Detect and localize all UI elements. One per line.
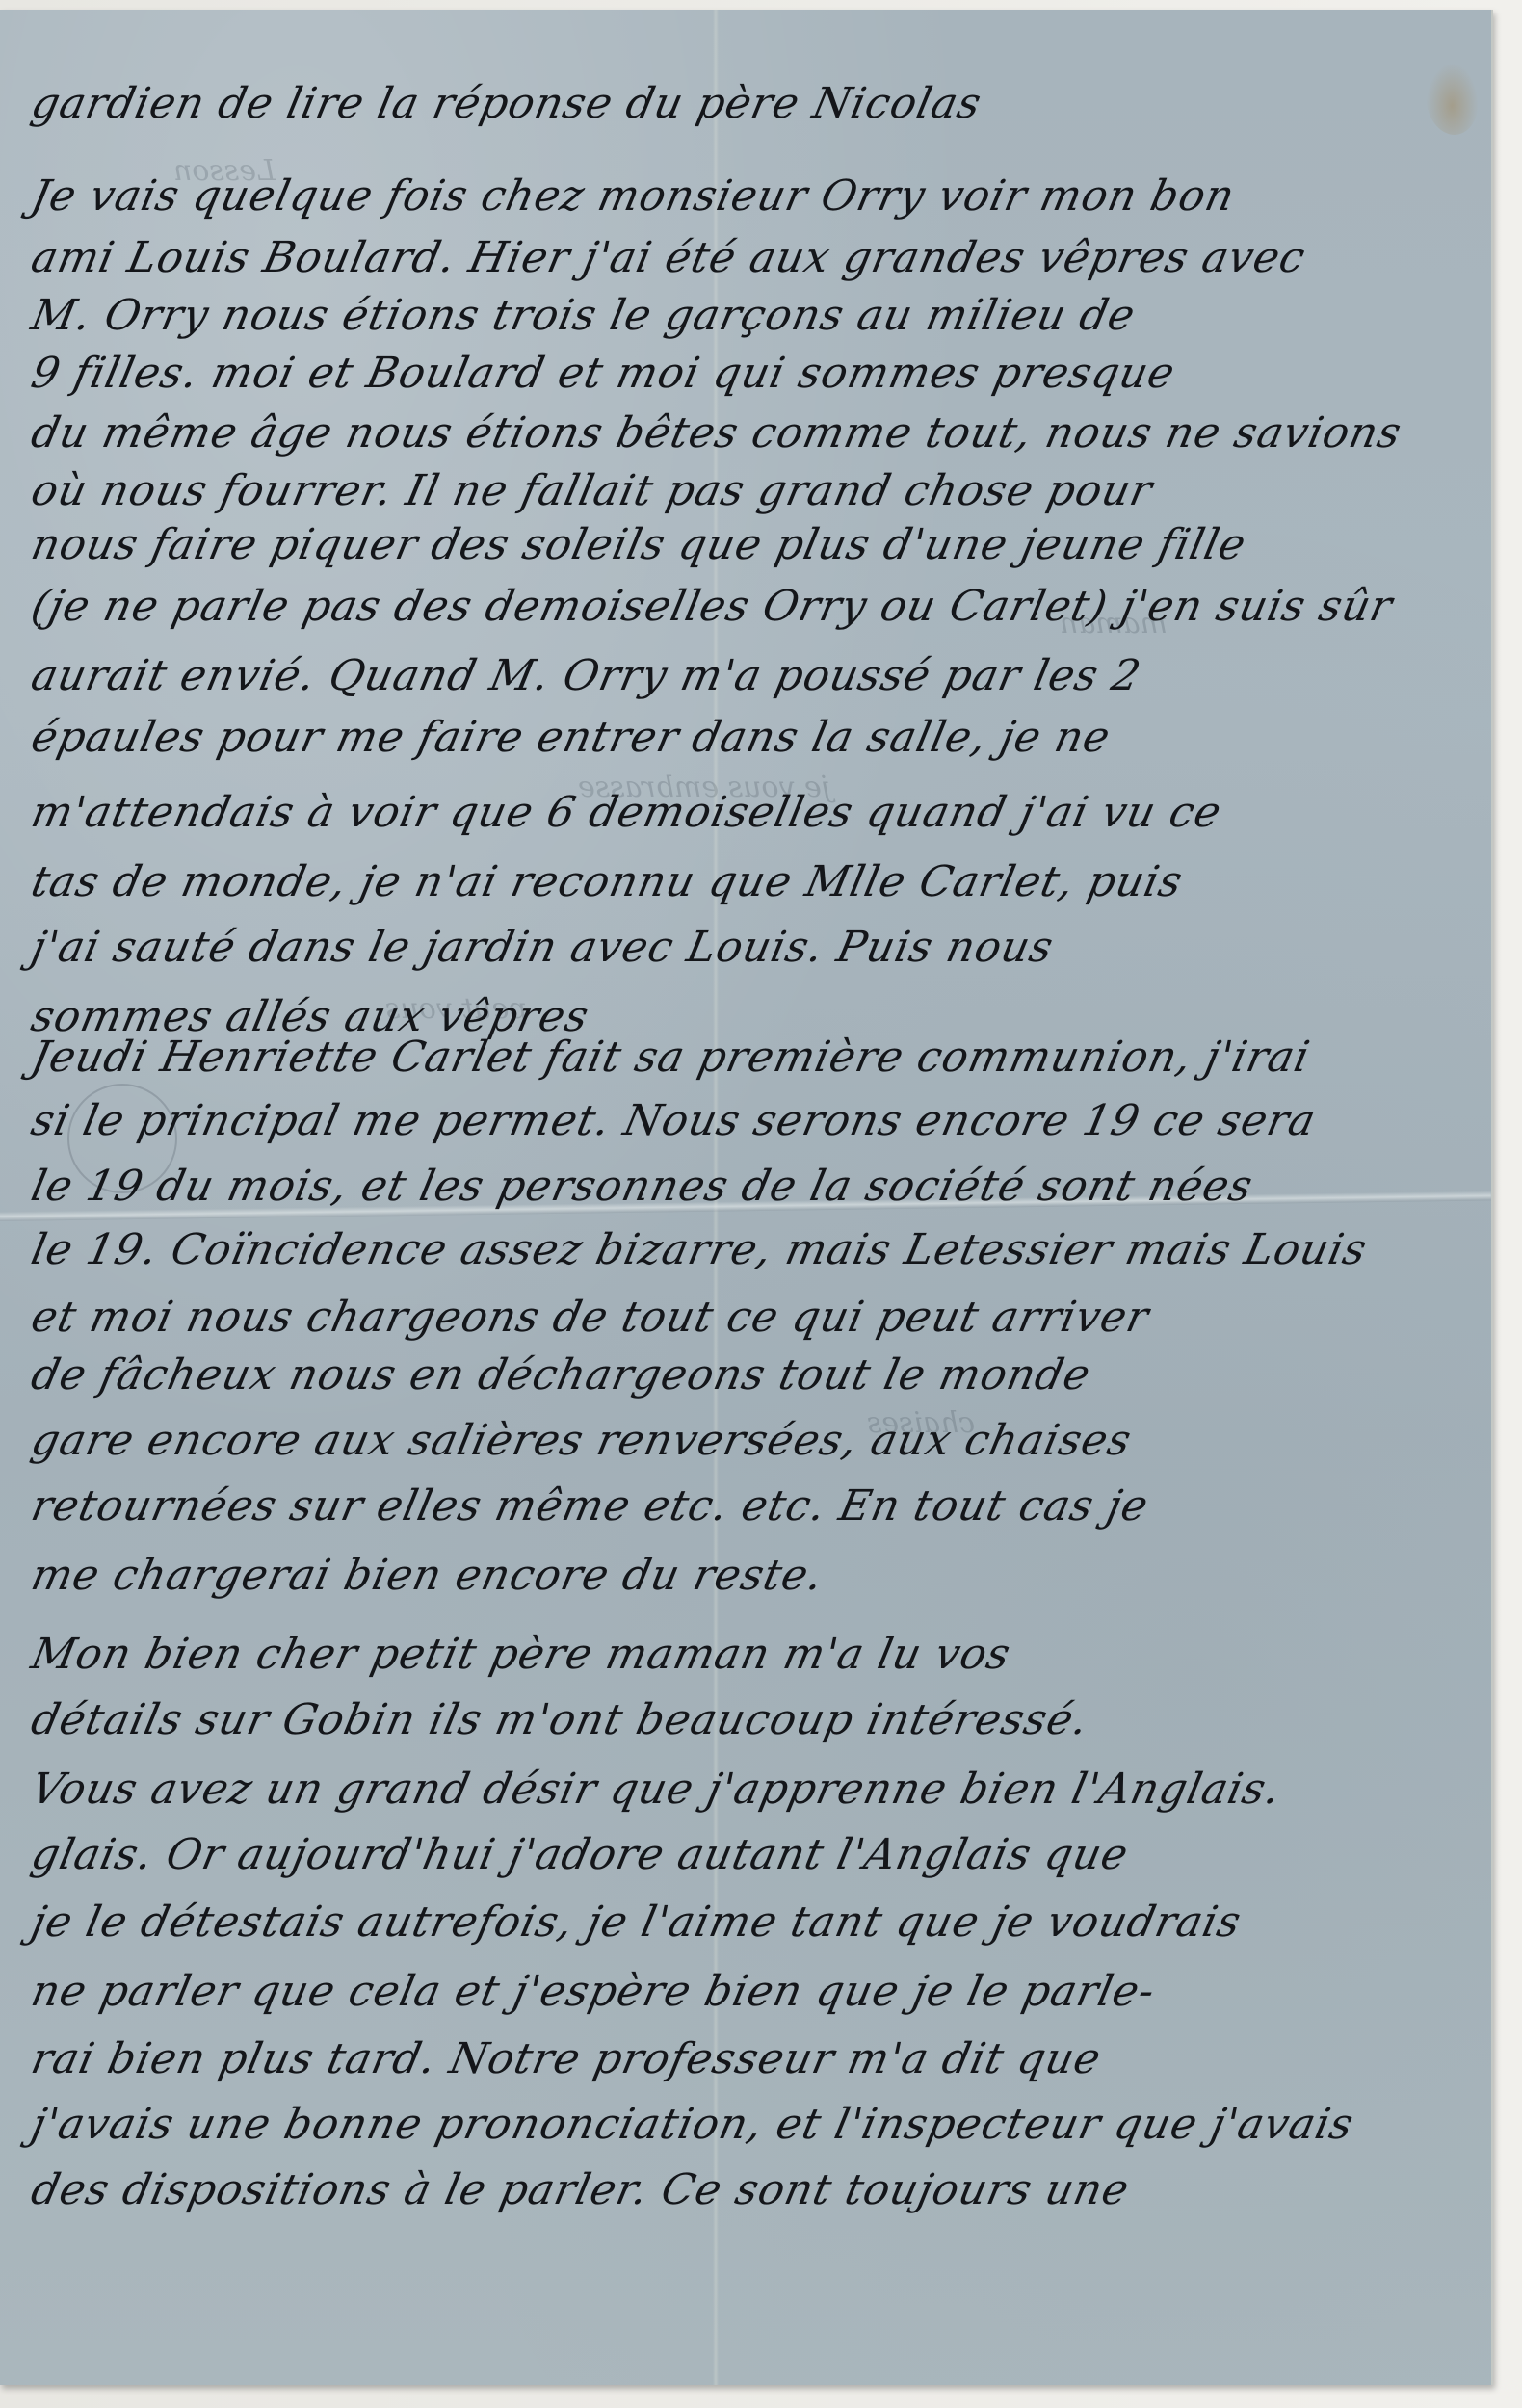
handwritten-line: tas de monde, je n'ai reconnu que Mlle C… (27, 857, 1483, 906)
letter-page: Lesson maman peut vous chaises je vous e… (0, 10, 1493, 2385)
handwritten-line: retournées sur elles même etc. etc. En t… (27, 1481, 1483, 1531)
handwritten-line: détails sur Gobin ils m'ont beaucoup int… (27, 1695, 1483, 1744)
handwritten-line: le 19 du mois, et les personnes de la so… (27, 1162, 1483, 1211)
handwritten-line: (je ne parle pas des demoiselles Orry ou… (27, 582, 1483, 631)
handwritten-line: Mon bien cher petit père maman m'a lu vo… (27, 1630, 1483, 1679)
handwritten-line: si le principal me permet. Nous serons e… (27, 1096, 1483, 1145)
handwritten-line: le 19. Coïncidence assez bizarre, mais L… (27, 1225, 1483, 1274)
handwritten-line: je le détestais autrefois, je l'aime tan… (27, 1898, 1483, 1947)
handwritten-line: j'ai sauté dans le jardin avec Louis. Pu… (27, 923, 1483, 972)
handwritten-line: gare encore aux salières renversées, aux… (27, 1416, 1483, 1465)
handwritten-body: gardien de lire la réponse du père Nicol… (0, 10, 1491, 2385)
handwritten-line: m'attendais à voir que 6 demoiselles qua… (27, 788, 1483, 837)
handwritten-line: des dispositions à le parler. Ce sont to… (27, 2165, 1483, 2214)
handwritten-line: 9 filles. moi et Boulard et moi qui somm… (27, 349, 1483, 398)
handwritten-line: gardien de lire la réponse du père Nicol… (27, 79, 1483, 128)
handwritten-line: où nous fourrer. Il ne fallait pas grand… (27, 466, 1483, 515)
handwritten-line: M. Orry nous étions trois le garçons au … (27, 291, 1483, 340)
handwritten-line: de fâcheux nous en déchargeons tout le m… (27, 1350, 1483, 1400)
handwritten-line: Vous avez un grand désir que j'apprenne … (27, 1765, 1483, 1814)
handwritten-line: et moi nous chargeons de tout ce qui peu… (27, 1293, 1483, 1342)
handwritten-line: ami Louis Boulard. Hier j'ai été aux gra… (27, 233, 1483, 282)
handwritten-line: aurait envié. Quand M. Orry m'a poussé p… (27, 651, 1483, 700)
handwritten-line: Je vais quelque fois chez monsieur Orry … (27, 171, 1483, 221)
handwritten-line: ne parler que cela et j'espère bien que … (27, 1967, 1483, 2016)
handwritten-line: Jeudi Henriette Carlet fait sa première … (27, 1033, 1483, 1082)
handwritten-line: du même âge nous étions bêtes comme tout… (27, 408, 1483, 458)
handwritten-line: épaules pour me faire entrer dans la sal… (27, 713, 1483, 762)
handwritten-line: glais. Or aujourd'hui j'adore autant l'A… (27, 1830, 1483, 1879)
handwritten-line: me chargerai bien encore du reste. (27, 1551, 1483, 1600)
handwritten-line: rai bien plus tard. Notre professeur m'a… (27, 2034, 1483, 2083)
handwritten-line: j'avais une bonne prononciation, et l'in… (27, 2100, 1483, 2149)
handwritten-line: nous faire piquer des soleils que plus d… (27, 520, 1483, 569)
